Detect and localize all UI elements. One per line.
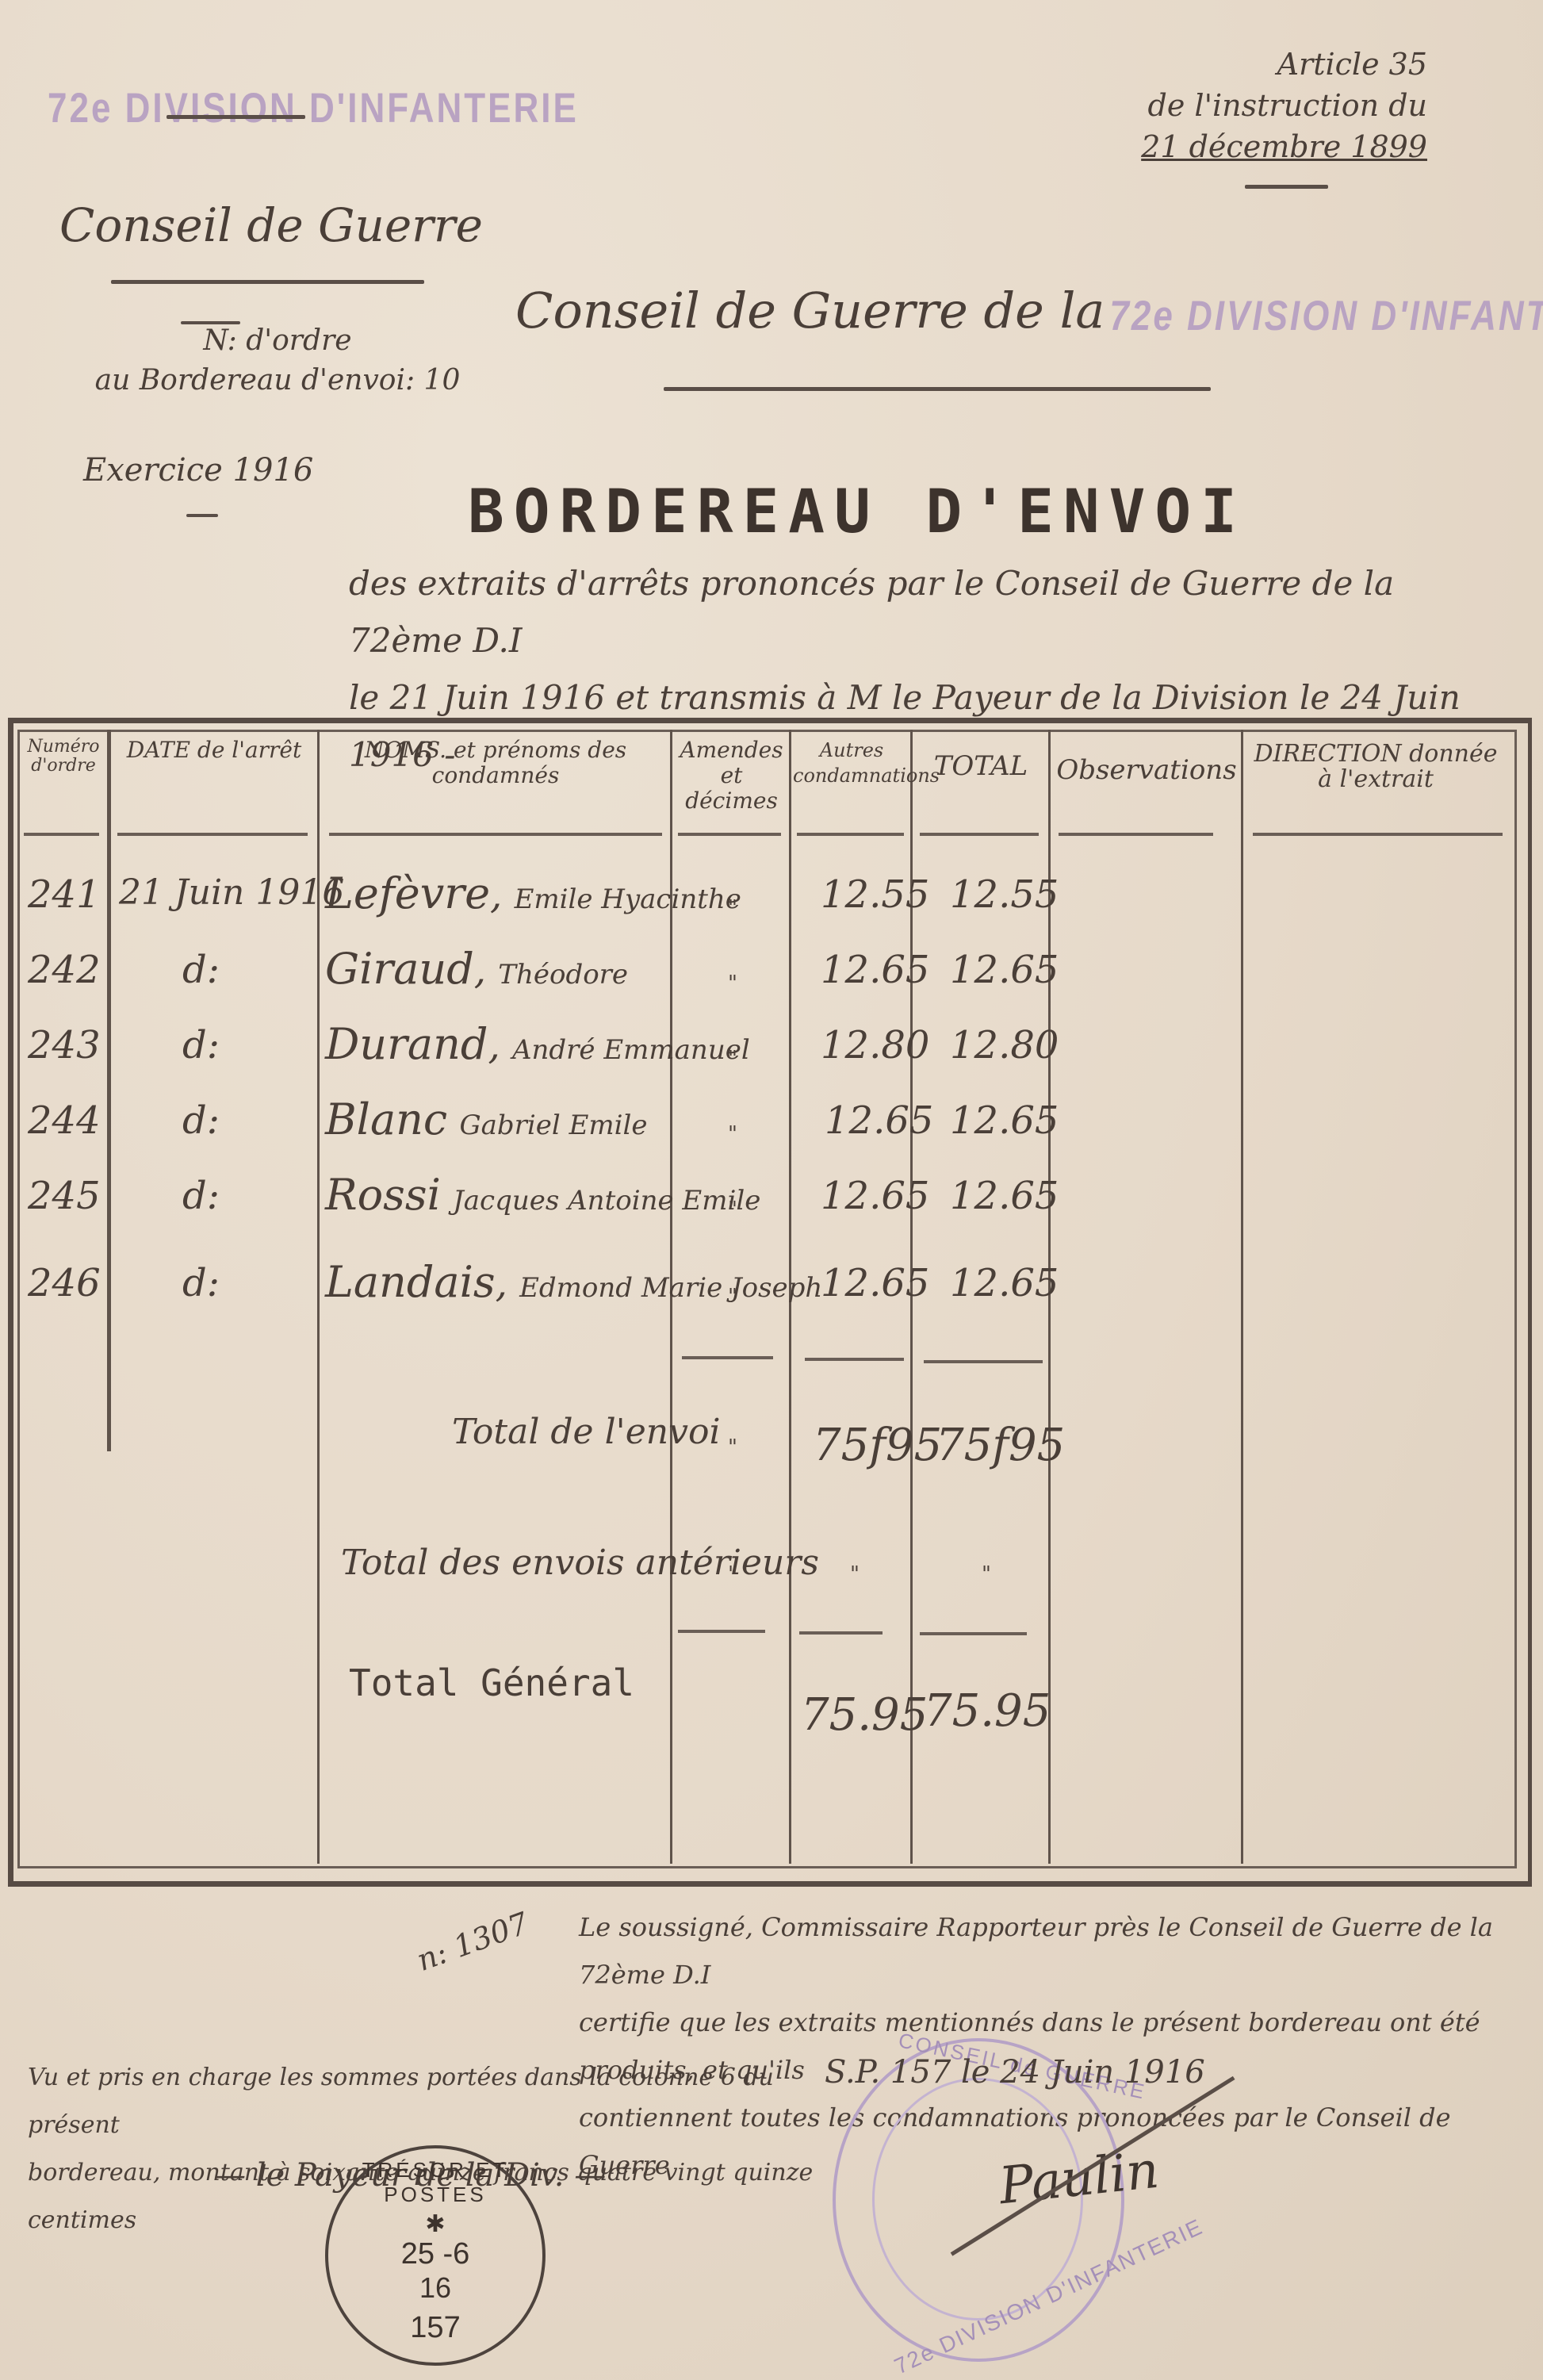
certification-line: Le soussigné, Commissaire Rapporteur prè… (579, 1903, 1514, 1999)
header-total: TOTAL (913, 753, 1048, 779)
article-line: Article 35 (1126, 44, 1427, 85)
cell-date: d: (182, 1098, 220, 1143)
header-rule (117, 833, 308, 836)
given-names: Jacques Antoine Emile (453, 1185, 760, 1217)
conseil-main-heading: Conseil de Guerre de la72e DIVISION D'IN… (515, 282, 1543, 339)
cell-autres: 12.65 (821, 948, 929, 992)
sum-rule (678, 1630, 765, 1633)
cell-nom: Durand, André Emmanuel (325, 1019, 750, 1069)
postmark-number: 157 (328, 2311, 542, 2345)
divider (664, 387, 1211, 391)
cell-amendes: " (728, 1285, 737, 1309)
sum-rule (682, 1356, 773, 1359)
order-label: N: d'ordre (79, 321, 476, 361)
cell-total: 12.80 (950, 1023, 1059, 1067)
cell-autres: 12.65 (821, 1261, 929, 1305)
postmark-stamp: TRÉSOR ET POSTES ✱ 25 -6 16 157 (325, 2145, 546, 2366)
postmark-date: 25 -6 (328, 2237, 542, 2271)
sum-rule (799, 1631, 883, 1635)
conseil-label-left: Conseil de Guerre (59, 198, 483, 252)
cell-nom: Rossi Jacques Antoine Emile (325, 1170, 760, 1220)
header-rule (678, 833, 781, 836)
sum-rule (924, 1360, 1043, 1363)
header-autres-condamnations: Autres condamnations (793, 738, 910, 788)
postmark-ring: TRÉSOR ET POSTES (328, 2158, 542, 2207)
cell-total: 12.65 (950, 948, 1059, 992)
total-label: Total des envois antérieurs (341, 1543, 819, 1583)
star-icon: ✱ (328, 2210, 542, 2238)
total-autres: 75.95 (801, 1689, 928, 1741)
header-direction: DIRECTION donnée à l'extrait (1245, 742, 1507, 792)
document-title: BORDEREAU D'ENVOI (468, 476, 1246, 546)
cell-nom: Giraud, Théodore (325, 944, 628, 994)
surname: Lefèvre (325, 868, 490, 918)
header-amendes: Amendes et décimes (674, 738, 789, 814)
cell-numero: 246 (28, 1261, 101, 1305)
surname: Landais (325, 1257, 496, 1307)
cell-nom: Blanc Gabriel Emile (325, 1094, 648, 1144)
cell-date: d: (182, 1261, 220, 1305)
divider (111, 280, 424, 284)
conseil-main-text: Conseil de Guerre de la (515, 282, 1105, 339)
cell-numero: 245 (28, 1174, 101, 1218)
header-rule (920, 833, 1039, 836)
total-amendes: " (728, 1562, 737, 1586)
cell-autres: 12.65 (825, 1098, 933, 1143)
divider (181, 321, 240, 324)
cell-autres: 12.55 (821, 872, 929, 917)
header-rule (24, 833, 99, 836)
surname: Blanc (325, 1094, 447, 1144)
exercice-year: Exercice 1916 (83, 452, 313, 489)
given-names: Théodore (498, 959, 628, 991)
divider (186, 514, 218, 517)
order-number-block: N: d'ordre au Bordereau d'envoi: 10 (79, 321, 476, 400)
total-autres: 75f95 (813, 1420, 942, 1471)
surname: Durand (325, 1019, 488, 1069)
order-value: au Bordereau d'envoi: 10 (79, 361, 476, 400)
header-rule (1253, 833, 1503, 836)
division-stamp-top: 72e DIVISION D'INFANTERIE (48, 85, 579, 132)
cell-date: d: (182, 1174, 220, 1218)
certification-number: n: 1307 (412, 1906, 533, 1978)
header-date-arret: DATE de l'arrêt (111, 738, 317, 763)
total-total: 75f95 (936, 1420, 1065, 1471)
cell-autres: 12.65 (821, 1174, 929, 1218)
sum-rule (805, 1358, 904, 1361)
cell-date: d: (182, 948, 220, 992)
cell-amendes: " (728, 1122, 737, 1146)
divider (167, 115, 305, 119)
cell-autres: 12.80 (821, 1023, 929, 1067)
surname: Rossi (325, 1170, 441, 1220)
cell-amendes: " (728, 1047, 737, 1071)
header-numero-ordre: Numéro d'ordre (20, 738, 107, 776)
total-autres: " (850, 1562, 860, 1586)
cell-amendes: " (728, 896, 737, 920)
article-line: de l'instruction du (1126, 85, 1427, 126)
given-names: Gabriel Emile (459, 1110, 647, 1141)
header-noms: NOMS. et prénoms des condamnés (321, 738, 670, 788)
cell-amendes: " (728, 972, 737, 995)
postmark-year: 16 (328, 2271, 542, 2305)
cell-numero: 241 (28, 872, 101, 917)
header-observations: Observations (1051, 757, 1242, 783)
sum-rule (920, 1632, 1027, 1635)
article-reference: Article 35 de l'instruction du 21 décemb… (1126, 44, 1427, 167)
cell-total: 12.55 (950, 872, 1059, 917)
total-total: " (982, 1562, 991, 1586)
given-names: André Emmanuel (512, 1034, 750, 1066)
cell-numero: 243 (28, 1023, 101, 1067)
cell-total: 12.65 (950, 1098, 1059, 1143)
column-divider (1241, 730, 1243, 1864)
header-rule (329, 833, 662, 836)
divider (1245, 185, 1328, 189)
cell-total: 12.65 (950, 1174, 1059, 1218)
given-names: Edmond Marie Joseph (519, 1272, 822, 1304)
cell-amendes: " (728, 1198, 737, 1221)
total-label: Total de l'envoi (452, 1412, 721, 1452)
column-divider (107, 730, 111, 1451)
receipt-line: Vu et pris en charge les sommes portées … (28, 2054, 821, 2149)
given-names: Emile Hyacinthe (515, 883, 741, 915)
cell-numero: 242 (28, 948, 101, 992)
total-amendes: " (728, 1435, 737, 1459)
cell-nom: Lefèvre, Emile Hyacinthe (325, 868, 741, 918)
surname: Giraud (325, 944, 474, 994)
header-rule (1059, 833, 1213, 836)
cell-total: 12.65 (950, 1261, 1059, 1305)
header-rule (797, 833, 904, 836)
total-label: Total Général (349, 1661, 634, 1704)
place-date: S.P. 157 le 24 Juin 1916 (825, 2054, 1205, 2091)
total-total: 75.95 (924, 1685, 1051, 1737)
cell-date: 21 Juin 1916 (119, 872, 344, 913)
article-line: 21 décembre 1899 (1126, 126, 1427, 167)
subtitle-line: des extraits d'arrêts prononcés par le C… (349, 555, 1483, 669)
division-stamp-inline: 72e DIVISION D'INFANTERIE (1109, 293, 1543, 340)
cell-numero: 244 (28, 1098, 101, 1143)
cell-nom: Landais, Edmond Marie Joseph (325, 1257, 822, 1307)
cell-date: d: (182, 1023, 220, 1067)
